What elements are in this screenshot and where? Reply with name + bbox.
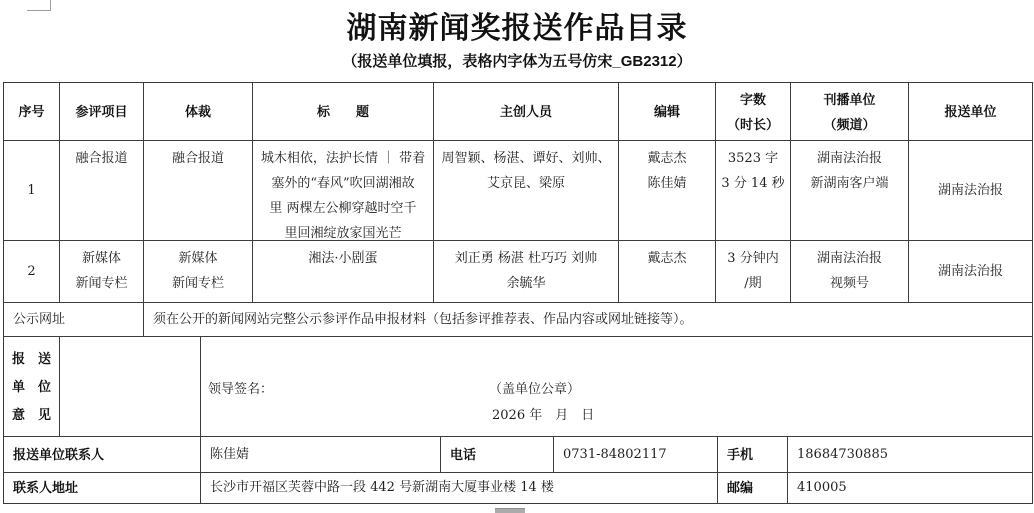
unit-opinion-signature-cell: 领导签名： （盖单位公章） 2026 年 月 日: [201, 337, 1032, 436]
col-header-submitter: 报送单位: [909, 83, 1032, 140]
doc-title: 湖南新闻奖报送作品目录: [0, 11, 1034, 47]
cell-category: 融合报道: [60, 141, 144, 240]
col-header-title: 标 题: [253, 83, 434, 140]
col-header-length: 字数 （时长）: [716, 83, 791, 140]
address-label: 联系人地址: [4, 473, 201, 503]
cell-editor: 戴志杰 陈佳婧: [619, 141, 716, 240]
address-value: 长沙市开福区芙蓉中路一段 442 号新湖南大厦事业楼 14 楼: [201, 473, 718, 503]
page-bottom-handle: [495, 508, 525, 513]
cell-editor: 戴志杰: [619, 241, 716, 302]
contact-person-label: 报送单位联系人: [4, 437, 201, 472]
cell-publisher: 湖南法治报 视频号: [791, 241, 909, 302]
address-row: 联系人地址 长沙市开福区芙蓉中路一段 442 号新湖南大厦事业楼 14 楼 邮编…: [4, 473, 1032, 503]
cell-title: 城木相依，法护长情 ｜ 带着 塞外的“春风”吹回湖湘故 里 两棵左公柳穿越时空千…: [253, 141, 434, 240]
col-header-publisher: 刊播单位 （频道）: [791, 83, 909, 140]
contact-row: 报送单位联系人 陈佳婧 电话 0731-84802117 手机 18684730…: [4, 437, 1032, 473]
cell-seq: 1: [4, 141, 60, 240]
cell-creators: 刘正勇 杨湛 杜巧巧 刘帅 余毓华: [434, 241, 619, 302]
public-url-instruction: 须在公开的新闻网站完整公示参评作品申报材料（包括参评推荐表、作品内容或网址链接等…: [144, 303, 1032, 336]
mobile-label: 手机: [718, 437, 788, 472]
table-row: 1 融合报道 融合报道 城木相依，法护长情 ｜ 带着 塞外的“春风”吹回湖湘故 …: [4, 141, 1032, 241]
cell-genre: 新媒体 新闻专栏: [144, 241, 253, 302]
contact-person-name: 陈佳婧: [201, 437, 441, 472]
cell-length: 3 分钟内 /期: [716, 241, 791, 302]
public-url-row: 公示网址 须在公开的新闻网站完整公示参评作品申报材料（包括参评推荐表、作品内容或…: [4, 303, 1032, 337]
col-header-category: 参评项目: [60, 83, 144, 140]
unit-opinion-row: 报 送 单 位 意 见 领导签名： （盖单位公章） 2026 年 月 日: [4, 337, 1032, 437]
page-margin-corner-mark: [27, 0, 51, 11]
phone-number: 0731-84802117: [554, 437, 718, 472]
leader-signature-label: 领导签名：: [208, 377, 273, 403]
cell-submitter: 湖南法治报: [909, 141, 1032, 240]
cell-publisher: 湖南法治报 新湖南客户端: [791, 141, 909, 240]
unit-opinion-empty-cell: [60, 337, 201, 436]
cell-creators: 周智颖、杨湛、谭好、刘帅、 艾京昆、梁原: [434, 141, 619, 240]
date-line: 2026 年 月 日: [492, 403, 1032, 429]
unit-seal-label: （盖单位公章）: [489, 377, 580, 403]
zip-value: 410005: [788, 473, 1032, 503]
document-page: 湖南新闻奖报送作品目录 （报送单位填报，表格内字体为五号仿宋_GB2312） 序…: [0, 0, 1034, 513]
col-header-creators: 主创人员: [434, 83, 619, 140]
table-row: 2 新媒体 新闻专栏 新媒体 新闻专栏 湘法·小剧蛋 刘正勇 杨湛 杜巧巧 刘帅…: [4, 241, 1032, 303]
phone-label: 电话: [441, 437, 554, 472]
cell-genre: 融合报道: [144, 141, 253, 240]
table-header-row: 序号 参评项目 体裁 标 题 主创人员 编辑 字数 （时长） 刊播单位 （频道）…: [4, 83, 1032, 141]
cell-submitter: 湖南法治报: [909, 241, 1032, 302]
mobile-number: 18684730885: [788, 437, 1032, 472]
cell-category: 新媒体 新闻专栏: [60, 241, 144, 302]
cell-title: 湘法·小剧蛋: [253, 241, 434, 302]
cell-length: 3523 字 3 分 14 秒: [716, 141, 791, 240]
col-header-editor: 编辑: [619, 83, 716, 140]
cell-seq: 2: [4, 241, 60, 302]
col-header-genre: 体裁: [144, 83, 253, 140]
submission-catalog-table: 序号 参评项目 体裁 标 题 主创人员 编辑 字数 （时长） 刊播单位 （频道）…: [3, 82, 1033, 504]
public-url-label: 公示网址: [4, 303, 144, 336]
unit-opinion-label: 报 送 单 位 意 见: [4, 337, 60, 436]
zip-label: 邮编: [718, 473, 788, 503]
signature-line: 领导签名： （盖单位公章）: [201, 377, 1032, 403]
doc-subtitle: （报送单位填报，表格内字体为五号仿宋_GB2312）: [0, 53, 1034, 71]
col-header-seq: 序号: [4, 83, 60, 140]
